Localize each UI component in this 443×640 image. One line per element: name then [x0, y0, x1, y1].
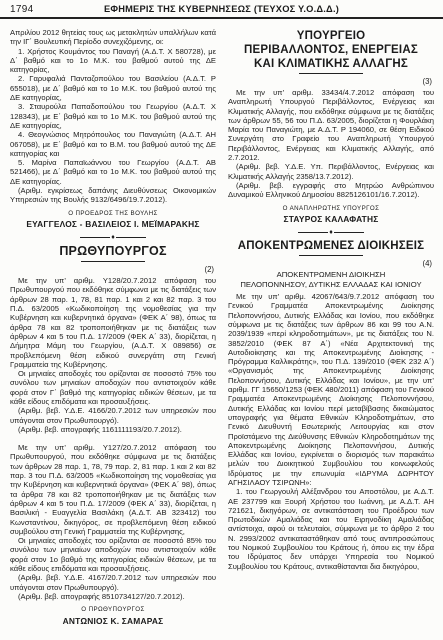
diamond-separator-icon: ♦ — [328, 229, 334, 236]
signature-block-parliament: Ο ΠΡΟΕΔΡΟΣ ΤΗΣ ΒΟΥΛΗΣ ΕΥΑΓΓΕΛΟΣ - ΒΑΣΙΛΕ… — [10, 210, 216, 230]
section-heading-ministry: ΥΠΟΥΡΓΕΙΟ ΠΕΡΙΒΑΛΛΟΝΤΟΣ, ΕΝΕΡΓΕΙΑΣ ΚΑΙ Κ… — [228, 29, 434, 74]
yde-note-4166: (Αριθμ. βεβ. Υ.Δ.Ε. 4166/20.7.2012 των υ… — [10, 406, 216, 425]
left-column: Απριλίου 2012 θητείας τους ως μετακλητών… — [10, 28, 216, 629]
salary-paragraph-85: Οι μηνιαίες αποδοχές του ορίζονται σε πο… — [10, 536, 216, 573]
gazette-page: 1794 ΕΦΗΜΕΡΙΣ ΤΗΣ ΚΥΒΕΡΝΗΣΕΩΣ (ΤΕΥΧΟΣ Υ.… — [0, 0, 443, 640]
intro-continuation-paragraph: Απριλίου 2012 θητείας τους ως μετακλητών… — [10, 28, 216, 47]
section-heading-decentralized-administrations: ΑΠΟΚΕΝΤΡΩΜΕΝΕΣ ΔΙΟΙΚΗΣΕΙΣ — [228, 239, 434, 256]
signature-block-deputy-minister: Ο ΑΝΑΠΛΗΡΩΤΗΣ ΥΠΟΥΡΓΟΣ ΣΤΑΥΡΟΣ ΚΑΛΑΦΑΤΗΣ — [228, 205, 434, 225]
subsection-heading-peloponnese: ΑΠΟΚΕΝΤΡΩΜΕΝΗ ΔΙΟΙΚΗΣΗ ΠΕΛΟΠΟΝΝΗΣΟΥ, ΔΥΤ… — [228, 270, 434, 289]
apografi-note-2: (Αριθμ. βεβ. απογραφής 8510734127/20.7.2… — [10, 592, 216, 601]
diamond-separator-icon: ♦ — [110, 234, 116, 241]
signature-role: Ο ΠΡΟΕΔΡΟΣ ΤΗΣ ΒΟΥΛΗΣ — [10, 210, 216, 217]
subsection-heading-line: ΠΕΛΟΠΟΝΝΗΣΟΥ, ΔΥΤΙΚΗΣ ΕΛΛΑΔΑΣ ΚΑΙ ΙΟΝΙΟΥ — [228, 280, 434, 290]
decision-paragraph-y128: Με την υπ’ αριθμ. Υ128/20.7.2012 απόφαση… — [10, 276, 216, 369]
appointee-item: 3. Σταυρούλα Παπαδοπούλου του Γεωργίου (… — [10, 102, 216, 130]
apografi-note-1: (Αριθμ. βεβ. απογραφής 1161111193/20.7.2… — [10, 425, 216, 434]
act-number: (4) — [228, 259, 432, 268]
signature-name: ΣΤΑΥΡΟΣ ΚΑΛΑΦΑΤΗΣ — [228, 214, 434, 224]
ministry-heading-line: ΚΑΙ ΚΛΙΜΑΤΙΚΗΣ ΑΛΛΑΓΗΣ — [228, 57, 434, 71]
two-column-body: Απριλίου 2012 θητείας τους ως μετακλητών… — [0, 19, 443, 629]
section-separator: ♦ — [10, 233, 216, 241]
board-member-item: 1. του Γεωργουλή Αλέξανδρου του Αποστόλο… — [228, 487, 434, 571]
expense-approval-note: (Αριθμ. εγκρίσεως δαπάνης Διευθύνσεως Οι… — [10, 186, 216, 205]
decision-paragraph-y127: Με την υπ’ αριθμ. Υ127/20.7.2012 απόφαση… — [10, 443, 216, 536]
subsection-heading-line: ΑΠΟΚΕΝΤΡΩΜΕΝΗ ΔΙΟΙΚΗΣΗ — [228, 270, 434, 280]
section-heading-prime-minister: ΠΡΩΘΥΠΟΥΡΓΟΣ — [10, 244, 216, 262]
section-separator: ♦ — [228, 228, 434, 236]
right-column: ΥΠΟΥΡΓΕΙΟ ΠΕΡΙΒΑΛΛΟΝΤΟΣ, ΕΝΕΡΓΕΙΑΣ ΚΑΙ Κ… — [228, 28, 434, 629]
yde-note-2358: (Αριθμ. βεβ. Υ.Δ.Ε. Υπ. Περιβάλλοντος, Ε… — [228, 162, 434, 181]
heading-underline — [81, 261, 145, 262]
signature-name: ΑΝΤΩΝΙΟΣ Κ. ΣΑΜΑΡΑΣ — [10, 616, 216, 626]
act-number: (2) — [10, 265, 214, 274]
heading-underline — [299, 73, 363, 74]
appointee-item: 4. Θεογνώσιος Μητρόπουλος του Παναγιώτη … — [10, 130, 216, 158]
decision-paragraph-42067: Με την υπ’ αριθμ. 42067/643/9.7.2012 από… — [228, 292, 434, 487]
signature-block-prime-minister: Ο ΠΡΩΘΥΠΟΥΡΓΟΣ ΑΝΤΩΝΙΟΣ Κ. ΣΑΜΑΡΑΣ — [10, 606, 216, 626]
page-header: 1794 ΕΦΗΜΕΡΙΣ ΤΗΣ ΚΥΒΕΡΝΗΣΕΩΣ (ΤΕΥΧΟΣ Υ.… — [0, 0, 443, 19]
appointee-item: 2. Γαρυφαλιά Πανταζοπούλου του Βασιλείου… — [10, 74, 216, 102]
yde-note-4167: (Αριθμ. βεβ. Υ.Δ.Ε. 4167/20.7.2012 των υ… — [10, 573, 216, 592]
appointee-item: 5. Μαρίνα Παπαϊωάννου του Γεωργίου (Α.Δ.… — [10, 158, 216, 186]
mitroo-note-8825126101: (Αριθμ. βεβ. εγγραφής στο Μητρώο Ανθρώπι… — [228, 181, 434, 200]
gazette-title: ΕΦΗΜΕΡΙΣ ΤΗΣ ΚΥΒΕΡΝΗΣΕΩΣ (ΤΕΥΧΟΣ Υ.Ο.Δ.Δ… — [0, 4, 443, 14]
appointee-item: 1. Χρήστος Κουμάντος του Παναγή (Α.Δ.Τ. … — [10, 47, 216, 75]
decision-paragraph-33434: Με την υπ’ αριθμ. 33434/4.7.2012 απόφαση… — [228, 88, 434, 162]
signature-role: Ο ΑΝΑΠΛΗΡΩΤΗΣ ΥΠΟΥΡΓΟΣ — [228, 205, 434, 212]
salary-paragraph-75: Οι μηνιαίες αποδοχές του ορίζονται σε πο… — [10, 369, 216, 406]
section-heading-text: ΠΡΩΘΥΠΟΥΡΓΟΣ — [10, 244, 216, 259]
ministry-heading-line: ΥΠΟΥΡΓΕΙΟ — [228, 29, 434, 43]
heading-underline — [299, 255, 363, 256]
ministry-heading-line: ΠΕΡΙΒΑΛΛΟΝΤΟΣ, ΕΝΕΡΓΕΙΑΣ — [228, 43, 434, 57]
signature-role: Ο ΠΡΩΘΥΠΟΥΡΓΟΣ — [10, 606, 216, 613]
act-number: (3) — [228, 77, 432, 86]
section-heading-text: ΑΠΟΚΕΝΤΡΩΜΕΝΕΣ ΔΙΟΙΚΗΣΕΙΣ — [228, 239, 434, 253]
signature-name: ΕΥΑΓΓΕΛΟΣ - ΒΑΣΙΛΕΙΟΣ Ι. ΜΕΪΜΑΡΑΚΗΣ — [10, 219, 216, 229]
